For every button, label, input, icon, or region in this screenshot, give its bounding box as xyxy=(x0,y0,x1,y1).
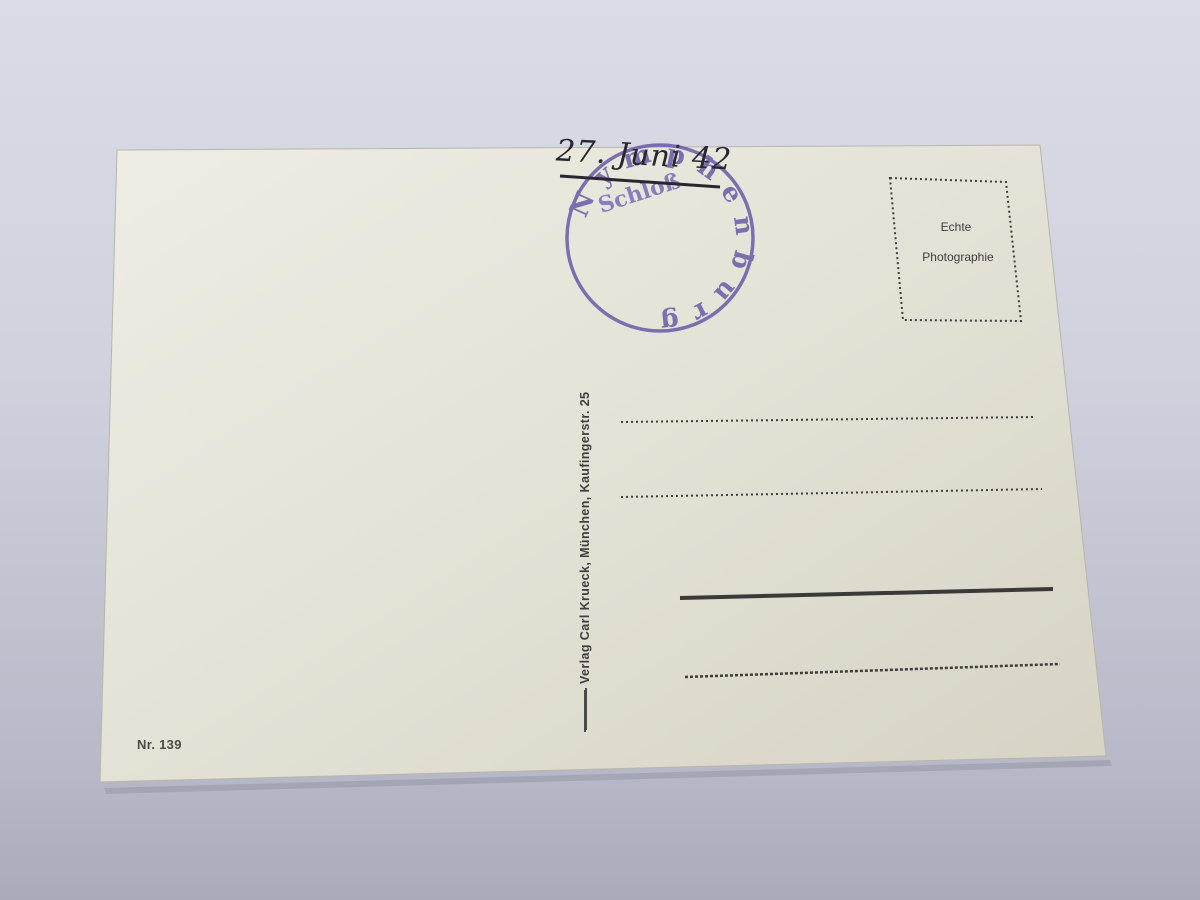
imprint-rule xyxy=(584,690,586,732)
photo-scene: N y m p h e n b u r g Schloß 27. Juni 42… xyxy=(0,0,1200,900)
publisher-imprint: Verlag Carl Krueck, München, Kaufingerst… xyxy=(578,392,592,732)
stamp-box-label-photographie: Photographie xyxy=(898,250,1018,264)
card-number: Nr. 139 xyxy=(137,737,182,752)
stamp-box-label-echte: Echte xyxy=(896,220,1016,234)
publisher-imprint-text: Verlag Carl Krueck, München, Kaufingerst… xyxy=(578,392,592,684)
